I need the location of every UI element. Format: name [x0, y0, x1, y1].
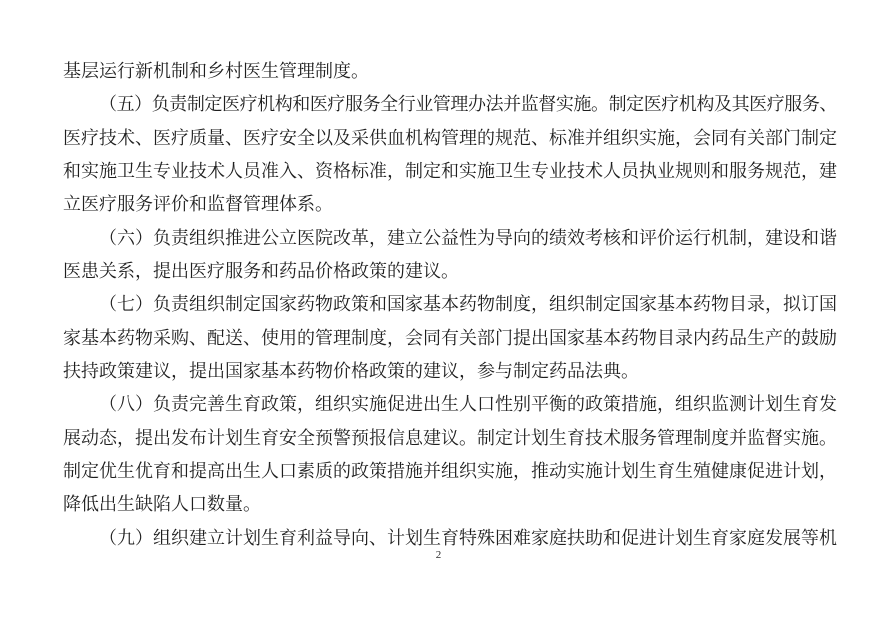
paragraph-line: 医疗技术、医疗质量、医疗安全以及采供血机构管理的规范、标准并组织实施，会同有关部… [63, 122, 837, 155]
document-body: 基层运行新机制和乡村医生管理制度。 （五）负责制定医疗机构和医疗服务全行业管理办… [63, 55, 837, 555]
document-page: 基层运行新机制和乡村医生管理制度。 （五）负责制定医疗机构和医疗服务全行业管理办… [0, 0, 877, 618]
paragraph-line: 基层运行新机制和乡村医生管理制度。 [63, 55, 837, 88]
paragraph-line: 家基本药物采购、配送、使用的管理制度，会同有关部门提出国家基本药物目录内药品生产… [63, 322, 837, 355]
paragraph-line: 立医疗服务评价和监督管理体系。 [63, 188, 837, 221]
paragraph-line: 降低出生缺陷人口数量。 [63, 488, 837, 521]
paragraph-line: （七）负责组织制定国家药物政策和国家基本药物制度，组织制定国家基本药物目录，拟订… [63, 288, 837, 321]
page-number: 2 [0, 548, 877, 562]
paragraph-line: 医患关系，提出医疗服务和药品价格政策的建议。 [63, 255, 837, 288]
paragraph-line: 扶持政策建议，提出国家基本药物价格政策的建议，参与制定药品法典。 [63, 355, 837, 388]
paragraph-line: 和实施卫生专业技术人员准入、资格标准，制定和实施卫生专业技术人员执业规则和服务规… [63, 155, 837, 188]
paragraph-line: 制定优生优育和提高出生人口素质的政策措施并组织实施，推动实施计划生育生殖健康促进… [63, 455, 837, 488]
paragraph-line: （六）负责组织推进公立医院改革，建立公益性为导向的绩效考核和评价运行机制，建设和… [63, 222, 837, 255]
paragraph-line: （八）负责完善生育政策，组织实施促进出生人口性别平衡的政策措施，组织监测计划生育… [63, 388, 837, 421]
paragraph-line: 展动态，提出发布计划生育安全预警预报信息建议。制定计划生育技术服务管理制度并监督… [63, 422, 837, 455]
paragraph-line: （五）负责制定医疗机构和医疗服务全行业管理办法并监督实施。制定医疗机构及其医疗服… [63, 88, 837, 121]
